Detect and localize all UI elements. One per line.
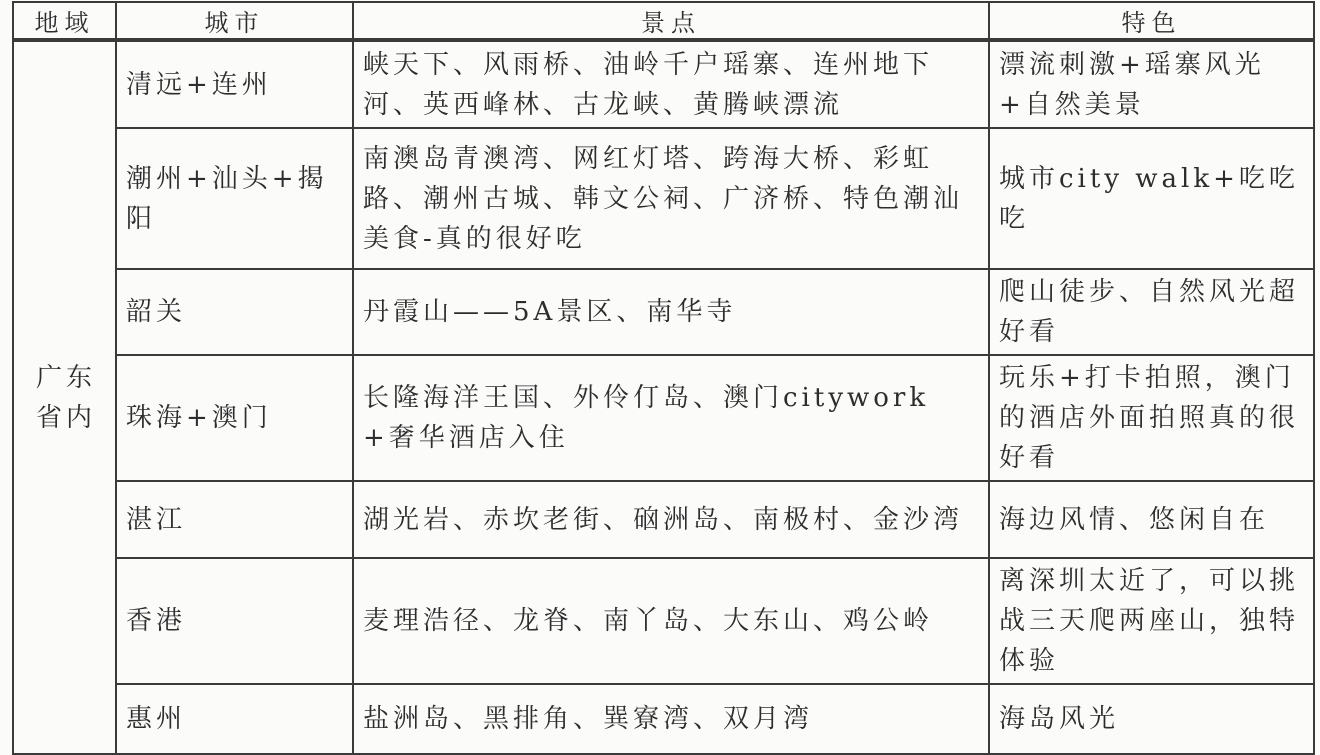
table-row: 惠州 盐洲岛、黑排角、巽寮湾、双月湾 海岛风光: [13, 684, 1314, 699]
attractions-cell: 湖光岩、赤坎老街、硇洲岛、南极村、金沙湾: [353, 481, 989, 558]
table-row: 湛江 湖光岩、赤坎老街、硇洲岛、南极村、金沙湾 海边风情、悠闲自在: [13, 481, 1314, 558]
travel-table-container: 地域 城市 景点 特色 广东省内 清远+连州 峡天下、风雨桥、油岭千户瑶寨、连州…: [12, 1, 1313, 699]
features-cell: 离深圳太近了，可以挑战三天爬两座山，独特体验: [989, 558, 1314, 684]
city-cell: 香港: [116, 558, 353, 684]
city-cell: 潮州+汕头+揭阳: [116, 128, 353, 269]
attractions-cell: 丹霞山——5A景区、南华寺: [353, 269, 989, 355]
features-cell: 海边风情、悠闲自在: [989, 481, 1314, 558]
header-row: 地域 城市 景点 特色: [13, 2, 1314, 40]
attractions-cell: 长隆海洋王国、外伶仃岛、澳门citywork+奢华酒店入住: [353, 355, 989, 481]
table-row: 珠海+澳门 长隆海洋王国、外伶仃岛、澳门citywork+奢华酒店入住 玩乐+打…: [13, 355, 1314, 481]
city-cell: 惠州: [116, 684, 353, 699]
features-cell: 城市city walk+吃吃吃: [989, 128, 1314, 269]
attractions-cell: 麦理浩径、龙脊、南丫岛、大东山、鸡公岭: [353, 558, 989, 684]
region-cell: 广东省内: [13, 40, 116, 699]
features-cell: 海岛风光: [989, 684, 1314, 699]
attractions-cell: 峡天下、风雨桥、油岭千户瑶寨、连州地下河、英西峰林、古龙峡、黄腾峡漂流: [353, 40, 989, 128]
attractions-cell: 盐洲岛、黑排角、巽寮湾、双月湾: [353, 684, 989, 699]
city-cell: 珠海+澳门: [116, 355, 353, 481]
city-cell: 湛江: [116, 481, 353, 558]
header-attractions: 景点: [353, 2, 989, 40]
table-row: 香港 麦理浩径、龙脊、南丫岛、大东山、鸡公岭 离深圳太近了，可以挑战三天爬两座山…: [13, 558, 1314, 684]
features-cell: 漂流刺激+瑶寨风光+自然美景: [989, 40, 1314, 128]
travel-table: 地域 城市 景点 特色 广东省内 清远+连州 峡天下、风雨桥、油岭千户瑶寨、连州…: [12, 1, 1315, 699]
attractions-cell: 南澳岛青澳湾、网红灯塔、跨海大桥、彩虹路、潮州古城、韩文公祠、广济桥、特色潮汕美…: [353, 128, 989, 269]
header-features: 特色: [989, 2, 1314, 40]
features-cell: 爬山徒步、自然风光超好看: [989, 269, 1314, 355]
table-row: 潮州+汕头+揭阳 南澳岛青澳湾、网红灯塔、跨海大桥、彩虹路、潮州古城、韩文公祠、…: [13, 128, 1314, 269]
city-cell: 韶关: [116, 269, 353, 355]
table-row: 广东省内 清远+连州 峡天下、风雨桥、油岭千户瑶寨、连州地下河、英西峰林、古龙峡…: [13, 40, 1314, 128]
features-cell: 玩乐+打卡拍照，澳门的酒店外面拍照真的很好看: [989, 355, 1314, 481]
header-city: 城市: [116, 2, 353, 40]
header-region: 地域: [13, 2, 116, 40]
table-row: 韶关 丹霞山——5A景区、南华寺 爬山徒步、自然风光超好看: [13, 269, 1314, 355]
city-cell: 清远+连州: [116, 40, 353, 128]
